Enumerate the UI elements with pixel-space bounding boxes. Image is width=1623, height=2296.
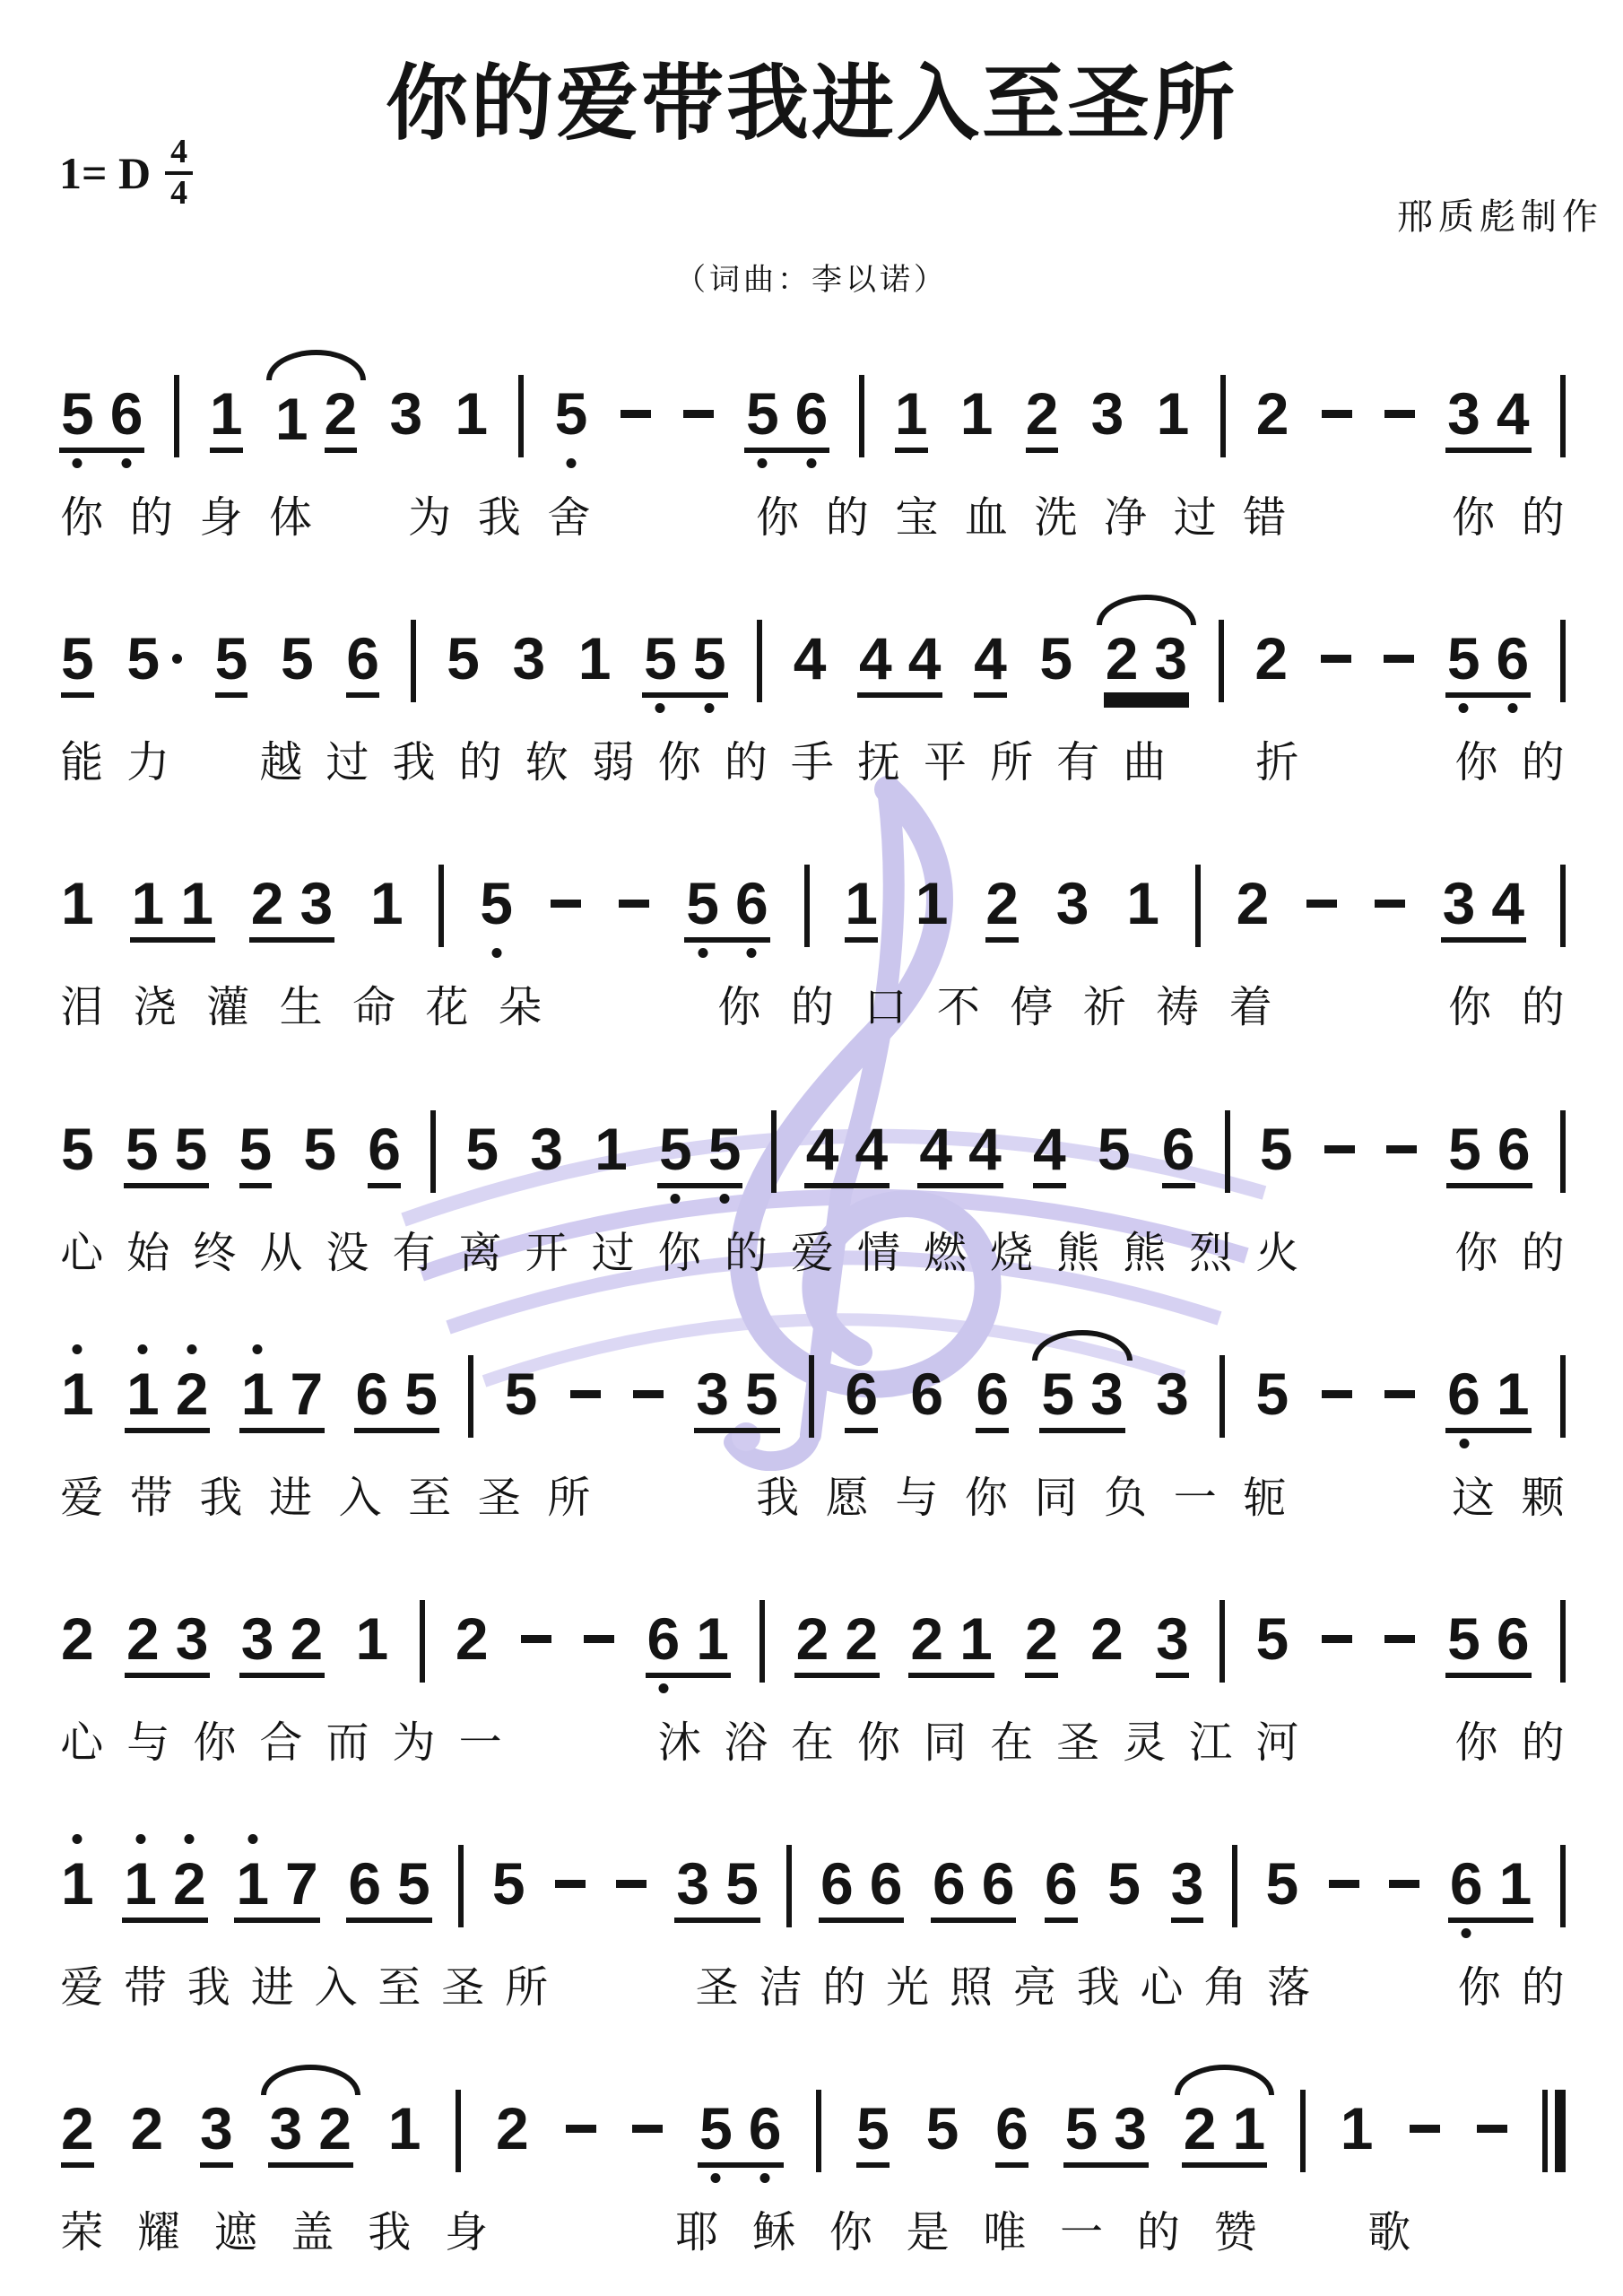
lyric-spacer [685,493,730,543]
note-group [582,1609,616,1643]
lyric-syllable: 朵 [498,983,542,1032]
barline [816,2090,821,2172]
lyric-spacer [570,983,615,1032]
barline [1560,375,1566,457]
lyric-syllable: 我 [391,738,436,787]
barline [468,1355,473,1438]
note-group [519,1609,553,1643]
note-group: 1 [369,874,405,933]
barline [809,1355,814,1438]
lyric-syllable: 你 [716,983,761,1032]
lyric-syllable: 的 [1520,1718,1565,1768]
note-group: 1 [59,1364,96,1423]
note-group: 55 [124,1119,209,1188]
note-group: 17 [239,1364,325,1433]
note-group: 44 [857,629,942,698]
note-group: 65 [354,1364,439,1433]
lyric-syllable: 赞 [1212,2208,1257,2257]
note: 1 [241,1364,274,1423]
lyric-spacer [1374,983,1419,1032]
lyric-syllable: 颗 [1520,1474,1565,1523]
note: 1 [61,1364,94,1423]
note: 4 [855,1119,889,1178]
note: 5 [61,384,94,443]
duration-dash [1389,1880,1419,1888]
barline [859,375,864,457]
note-group-slur: 12 [273,384,359,453]
lyric-syllable: 负 [1103,1474,1148,1523]
note-group: 3 [1154,1364,1191,1423]
note: 5 [1260,1119,1293,1178]
lyric-syllable: 亮 [1012,1963,1057,2013]
lyric-syllable: 的 [1520,493,1565,543]
lyric-syllable: 熊 [1122,1229,1167,1278]
note-group: 5 [59,629,96,698]
lyric-syllable: 能 [59,738,104,787]
note-group: 55 [642,629,727,698]
system: 561123155611231234你的身体为我舍你的宝血洗净过错你的 [59,343,1566,543]
lyric-spacer [616,493,661,543]
note-group: 5 [213,629,250,698]
note-group-slur: 53 [1039,1364,1124,1433]
barline [1225,1110,1230,1193]
note-group: 34 [1445,384,1531,453]
note-group: 2 [129,2099,166,2158]
note: 5 [480,874,513,933]
duration-dash [1384,410,1415,418]
duration-dash [1386,1145,1417,1153]
note: 6 [845,1364,878,1433]
note: 2 [1256,384,1289,443]
notes-row: 55556531554444523256 [59,587,1566,738]
note: 1 [275,384,308,453]
note: 2 [251,874,284,933]
note: 2 [985,874,1019,943]
note-group: 3 [510,629,547,688]
note-group: 53 [1063,2099,1149,2168]
note-group: 5 [1258,1119,1295,1178]
note-group: 65 [346,1854,431,1923]
key-label: 1= D [59,147,151,199]
note: 4 [806,1119,839,1178]
note: 1 [132,874,165,933]
note-group: 2 [1024,384,1061,453]
lyric-spacer [1387,738,1432,787]
note: 1 [960,384,994,443]
duration-dash [621,410,651,418]
lyric-syllable: 歌 [1367,2208,1411,2257]
note: 3 [530,1119,563,1178]
note-group: 5 [924,2099,961,2158]
duration-dash [1329,1880,1359,1888]
header: 你的爱带我进入至圣所 1= D 4 4 邢质彪制作 （词曲：李以诺） [0,0,1623,334]
note: 4 [908,629,942,688]
note-group [1383,1364,1417,1398]
barline [804,865,810,947]
lyric-syllable: 的 [1520,983,1565,1032]
barline [1560,1355,1566,1438]
lyric-syllable: 火 [1254,1229,1299,1278]
duration-dash [1375,900,1405,908]
barline [1219,1355,1225,1438]
note: 4 [794,629,827,688]
lyric-syllable: 心 [59,1229,104,1278]
lyric-syllable: 你 [1451,493,1496,543]
duration-dash [551,900,581,908]
note: 6 [1447,1364,1480,1423]
note-group [630,2099,664,2133]
lyric-syllable: 你 [856,1718,901,1768]
note: 1 [578,629,612,688]
note: 3 [299,874,333,933]
lyric-spacer [685,1474,730,1523]
note: 5 [725,1854,759,1913]
lyric-syllable: 同 [923,1718,968,1768]
lyric-syllable: 所 [504,1963,549,2013]
lyric-syllable: 灵 [1122,1718,1167,1768]
lyric-syllable: 着 [1228,983,1273,1032]
note: 1 [1341,2099,1374,2158]
note: 5 [659,1119,692,1178]
lyric-syllable: 你 [755,493,800,543]
lyric-syllable: 始 [126,1229,170,1278]
note-group: 5 [445,629,482,688]
note-group: 21 [908,1609,994,1678]
note-group: 5 [503,1364,540,1423]
system: 11123155611231234泪浇灌生命花朵你的口不停祈祷着你的 [59,832,1566,1032]
lyric-spacer [524,1718,568,1768]
note-group: 1 [893,384,930,453]
note: 5 [61,1119,94,1178]
note: 3 [1156,1364,1189,1423]
duration-dash [570,1390,601,1398]
lyric-spacer [1521,2208,1566,2257]
notes-row: 2233212612221223556 [59,1568,1566,1718]
note: 6 [795,384,829,443]
note-group: 5 [279,629,316,688]
note: 2 [456,1609,489,1668]
lyric-syllable: 耶 [674,2208,719,2257]
note-group [617,874,651,908]
lyric-syllable: 祈 [1082,983,1127,1032]
duration-dash [633,1390,664,1398]
note: 2 [1237,874,1270,933]
note-group: 3 [198,2099,235,2168]
note-group: 5 [490,1854,527,1913]
note: 6 [346,629,379,698]
barline [456,2090,461,2172]
lyric-syllable: 抚 [856,738,901,787]
lyric-spacer [616,1474,661,1523]
note: 6 [820,1854,854,1913]
lyric-syllable: 轭 [1242,1474,1287,1523]
note-group: 6 [994,2099,1030,2168]
barline [757,620,762,702]
note: 5 [175,1119,208,1178]
note-group: 3 [1154,1609,1191,1678]
note: 5 [555,384,588,443]
lyric-syllable: 合 [258,1718,303,1768]
lyric-spacer [1301,983,1346,1032]
note-group: 56 [1446,1119,1532,1188]
lyric-syllable: 命 [352,983,396,1032]
arranger-credit: 邢质彪制作 [1397,188,1603,239]
lyric-syllable: 折 [1254,738,1299,787]
note-group [1323,1119,1357,1153]
note-group: 12 [122,1854,207,1923]
barline [1195,865,1201,947]
note-group [1382,629,1416,663]
lyric-syllable: 一 [1173,1474,1218,1523]
note-group: 5 [478,874,515,933]
note: 6 [356,1364,389,1423]
note-group: 2 [494,2099,531,2158]
note-group: 17 [234,1854,319,1923]
lyric-syllable: 你 [964,1474,1009,1523]
note: 4 [974,629,1007,698]
lyric-syllable: 宝 [894,493,939,543]
note-group: 61 [1448,1854,1533,1923]
lyric-syllable: 入 [313,1963,358,2013]
note: 5 [1107,1854,1141,1913]
lyric-syllable: 为 [391,1718,436,1768]
lyric-syllable: 的 [1520,738,1565,787]
lyric-spacer [1321,738,1366,787]
note-group: 1 [59,874,96,933]
note: 5 [1256,1364,1289,1423]
lyric-syllable: 终 [192,1229,237,1278]
note: 5 [303,1119,336,1178]
note-group [1383,384,1417,418]
lyric-syllable: 花 [424,983,469,1032]
lyric-spacer [192,738,237,787]
note-group: 2 [1254,384,1291,443]
note-group: 35 [674,1854,759,1923]
note-group [1373,874,1407,908]
lyric-syllable: 带 [129,1474,174,1523]
note-group: 11 [130,874,215,943]
note-group: 5 [1254,1364,1291,1423]
lyrics-row: 荣耀遮盖我身耶稣你是唯一的赞歌 [59,2208,1566,2257]
note: 1 [210,384,243,453]
barline [430,1110,436,1193]
lyric-syllable: 你 [1454,738,1498,787]
system: 2233212612221223556心与你合而为一沐浴在你同在圣灵江河你的 [59,1568,1566,1768]
note: 3 [1443,874,1476,933]
note: 7 [291,1364,324,1423]
note-group: 12 [125,1364,210,1433]
note-group: 6 [908,1364,945,1423]
lyric-syllable: 圣 [694,1963,739,2013]
note: 3 [1056,874,1089,933]
note-group: 1 [453,384,490,443]
system: 11217655356666653561爱带我进入至圣所圣洁的光照亮我心角落你的 [59,1813,1566,2013]
notes-row: 555556531554444456556 [59,1078,1566,1229]
barline [1232,1845,1237,1927]
note-group: 2 [1023,1609,1060,1678]
lyric-syllable: 荣 [59,2208,104,2257]
note: 1 [895,384,928,453]
note-group: 44 [917,1119,1002,1188]
note: 6 [1450,1854,1483,1913]
lyric-syllable: 我 [1076,1963,1121,2013]
note: 1 [126,1364,160,1423]
lyric-syllable: 的 [457,738,502,787]
lyric-syllable: 一 [457,1718,502,1768]
note-group: 2 [59,1609,96,1668]
lyric-syllable: 江 [1188,1718,1233,1768]
lyric-syllable: 的 [821,1963,866,2013]
note: 5 [465,1119,499,1178]
note-group: 5 [1106,1854,1142,1913]
note: 5 [746,384,779,443]
lyric-syllable: 圣 [440,1963,485,2013]
duration-dash [1322,1635,1352,1643]
duration-dash [1321,655,1351,663]
lyric-syllable: 这 [1451,1474,1496,1523]
lyric-syllable: 有 [1055,738,1100,787]
lyric-syllable: 至 [377,1963,421,2013]
lyric-syllable: 停 [1009,983,1054,1032]
duration-dash [1324,1145,1355,1153]
lyric-syllable: 的 [724,738,768,787]
note: 1 [1126,874,1159,933]
lyric-syllable: 遮 [213,2208,258,2257]
note-group [631,1364,665,1398]
lyric-syllable: 身 [198,493,243,543]
note: 5 [126,1119,159,1178]
note: 7 [285,1854,318,1913]
note-group [1320,1609,1354,1643]
lyric-syllable: 稣 [751,2208,796,2257]
note: 3 [512,629,545,688]
note-group: 6 [344,629,381,698]
note: 2 [1026,384,1059,453]
note: 3 [241,1609,274,1668]
note-group: 5 [1096,1119,1133,1178]
note: 1 [959,1609,993,1668]
barline [1560,620,1566,702]
note: 2 [1106,629,1139,688]
note: 5 [61,629,94,698]
duration-dash [1322,410,1352,418]
lyric-syllable: 的 [724,1229,768,1278]
note: 2 [845,1609,878,1668]
lyric-syllable: 燃 [923,1229,968,1278]
lyric-syllable: 你 [59,493,104,543]
note-group: 5 [464,1119,500,1178]
lyric-syllable: 的 [825,493,870,543]
note: 5 [1447,1609,1480,1668]
note-group: 5 [238,1119,274,1188]
note-group [564,2099,598,2133]
lyric-syllable: 我 [477,493,522,543]
note-group: 44 [804,1119,890,1188]
lyric-syllable: 没 [325,1229,369,1278]
note: 5 [1256,1609,1289,1668]
note-group: 1 [354,1609,391,1668]
lyric-syllable: 身 [444,2208,489,2257]
note-group: 4 [1031,1119,1068,1188]
note: 2 [131,2099,164,2158]
lyric-syllable: 我 [187,1963,231,2013]
note-group: 5 [125,629,184,688]
note: 6 [348,1854,381,1913]
note-group: 3 [1055,874,1091,933]
lyric-syllable: 净 [1103,493,1148,543]
note-group: 5 [855,2099,891,2168]
note: 2 [910,1609,943,1668]
lyric-syllable: 你 [1447,983,1492,1032]
lyric-syllable: 有 [391,1229,436,1278]
system: 1121765535666533561爱带我进入至圣所我愿与你同负一轭这颗 [59,1323,1566,1523]
note: 1 [1499,1854,1532,1913]
note-group: 1 [59,1854,96,1913]
note-group: 22 [794,1609,880,1678]
sheet-page: 你的爱带我进入至圣所 1= D 4 4 邢质彪制作 （词曲：李以诺） 56112… [0,0,1623,2296]
note-group [549,874,583,908]
note: 5 [126,629,182,688]
note-group-slur: 32 [268,2099,353,2168]
note-group: 4 [972,629,1009,698]
lyric-syllable: 的 [1520,1963,1565,2013]
note: 5 [492,1854,525,1913]
lyric-syllable: 浴 [724,1718,768,1768]
note-group: 23 [125,1609,210,1678]
lyric-syllable: 同 [1033,1474,1078,1523]
lyric-syllable: 你 [1454,1229,1498,1278]
barline [1560,1845,1566,1927]
barline [1219,1600,1225,1683]
lyric-spacer [597,2208,642,2257]
lyric-spacer [568,1963,612,2013]
lyric-syllable: 耀 [136,2208,181,2257]
note: 1 [696,1609,729,1668]
note: 6 [1497,629,1530,688]
lyric-syllable: 是 [905,2208,950,2257]
note-group: 5 [1263,1854,1300,1913]
note-group [1319,629,1353,663]
duration-dash [632,2125,663,2133]
lyric-syllable: 口 [863,983,907,1032]
note: 2 [291,1609,324,1668]
note: 6 [870,1854,903,1913]
lyric-syllable: 烈 [1188,1229,1233,1278]
note: 6 [647,1609,681,1668]
lyric-syllable: 泪 [59,983,104,1032]
note: 6 [976,1364,1009,1433]
lyric-syllable: 所 [989,738,1034,787]
note-group: 5 [553,384,590,443]
lyric-syllable: 开 [524,1229,568,1278]
note-group: 3 [528,1119,565,1178]
lyric-syllable: 河 [1254,1718,1299,1768]
lyric-syllable: 血 [964,493,1009,543]
lyric-syllable: 你 [657,1229,702,1278]
note: 5 [215,629,248,698]
note: 4 [968,1119,1002,1178]
lyric-spacer [1330,1963,1375,2013]
note: 1 [61,874,94,933]
note-group: 3 [1169,1854,1206,1923]
lyric-spacer [521,2208,566,2257]
note: 3 [200,2099,233,2168]
note: 4 [859,629,892,688]
note-group [1320,384,1354,418]
lyric-spacer [1312,1474,1357,1523]
note-group: 2 [984,874,1020,943]
barline [1560,1110,1566,1193]
